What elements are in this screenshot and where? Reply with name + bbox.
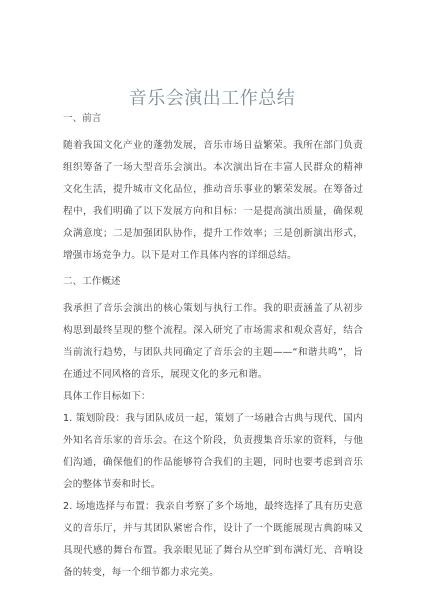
paragraph-goals-label: 具体工作目标如下： (63, 386, 363, 408)
section-preface: 一、前言 随着我国文化产业的蓬勃发展，音乐市场日益繁荣。我所在部门负责组织筹备了… (63, 108, 363, 267)
section-work-overview: 二、工作概述 我承担了音乐会演出的核心策划与执行工作。我的职责涵盖了从初步构思到… (63, 271, 363, 584)
paragraph-goal-venue: 2. 场地选择与布置：我亲自考察了多个场地，最终选择了具有历史意义的音乐厅，并与… (63, 496, 363, 584)
document-page: 音乐会演出工作总结 一、前言 随着我国文化产业的蓬勃发展，音乐市场日益繁荣。我所… (0, 0, 424, 600)
document-body: 一、前言 随着我国文化产业的蓬勃发展，音乐市场日益繁荣。我所在部门负责组织筹备了… (63, 108, 363, 584)
section-heading-preface: 一、前言 (63, 108, 363, 130)
section-heading-work-overview: 二、工作概述 (63, 271, 363, 293)
paragraph-overview-duties: 我承担了音乐会演出的核心策划与执行工作。我的职责涵盖了从初步构思到最终呈现的整个… (63, 298, 363, 386)
paragraph-goal-planning: 1. 策划阶段：我与团队成员一起，策划了一场融合古典与现代、国内外知名音乐家的音… (63, 408, 363, 496)
paragraph-preface-intro: 随着我国文化产业的蓬勃发展，音乐市场日益繁荣。我所在部门负责组织筹备了一场大型音… (63, 135, 363, 267)
